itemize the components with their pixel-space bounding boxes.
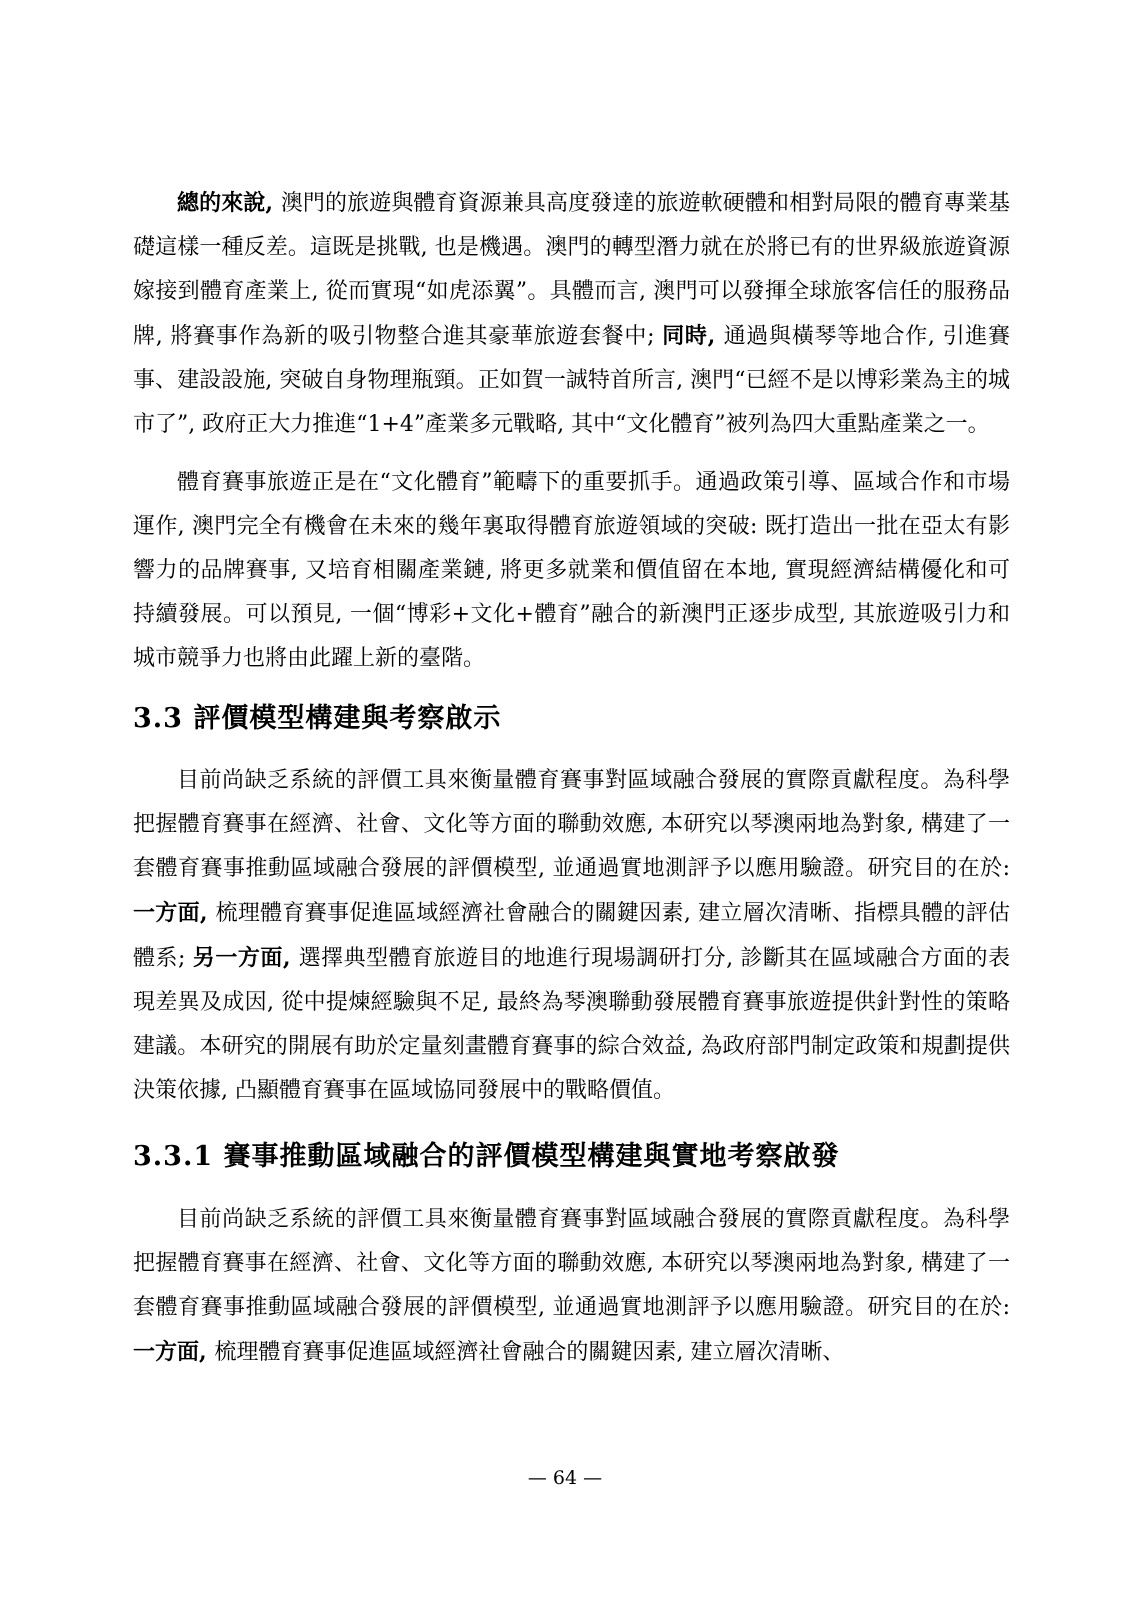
- paragraph-macau-overview: 總的來說, 澳門的旅遊與體育資源兼具高度發達的旅遊軟硬體和相對局限的體育專業基礎…: [133, 181, 1010, 447]
- page-body: 總的來說, 澳門的旅遊與體育資源兼具高度發達的旅遊軟硬體和相對局限的體育專業基礎…: [133, 181, 1010, 1375]
- emphasis-text: 一方面,: [133, 1339, 214, 1365]
- emphasis-text: 另一方面,: [193, 945, 299, 971]
- section-heading-3-3-1: 3.3.1 賽事推動區域融合的評價模型構建與實地考察啟發: [133, 1140, 1010, 1174]
- emphasis-text: 同時,: [662, 323, 723, 349]
- body-text: 目前尚缺乏系統的評價工具來衡量體育賽事對區域融合發展的實際貢獻程度。為科學把握體…: [133, 1207, 1010, 1320]
- body-text: 體育賽事旅遊正是在“文化體育”範疇下的重要抓手。通過政策引導、區域合作和市場運作…: [133, 470, 1010, 671]
- page-number: — 64 —: [0, 1466, 1130, 1490]
- paragraph-evaluation-model: 目前尚缺乏系統的評價工具來衡量體育賽事對區域融合發展的實際貢獻程度。為科學把握體…: [133, 759, 1010, 1113]
- body-text: 梳理體育賽事促進區域經濟社會融合的關鍵因素, 建立層次清晰、: [214, 1340, 844, 1365]
- emphasis-text: 總的來說,: [177, 190, 281, 216]
- section-heading-3-3: 3.3 評價模型構建與考察啟示: [133, 703, 1010, 735]
- body-text: 目前尚缺乏系統的評價工具來衡量體育賽事對區域融合發展的實際貢獻程度。為科學把握體…: [133, 768, 1010, 881]
- emphasis-text: 一方面,: [133, 900, 216, 926]
- paragraph-sports-tourism: 體育賽事旅遊正是在“文化體育”範疇下的重要抓手。通過政策引導、區域合作和市場運作…: [133, 461, 1010, 681]
- paragraph-evaluation-model-continued: 目前尚缺乏系統的評價工具來衡量體育賽事對區域融合發展的實際貢獻程度。為科學把握體…: [133, 1198, 1010, 1375]
- document-page: 總的來說, 澳門的旅遊與體育資源兼具高度發達的旅遊軟硬體和相對局限的體育專業基礎…: [0, 0, 1130, 1600]
